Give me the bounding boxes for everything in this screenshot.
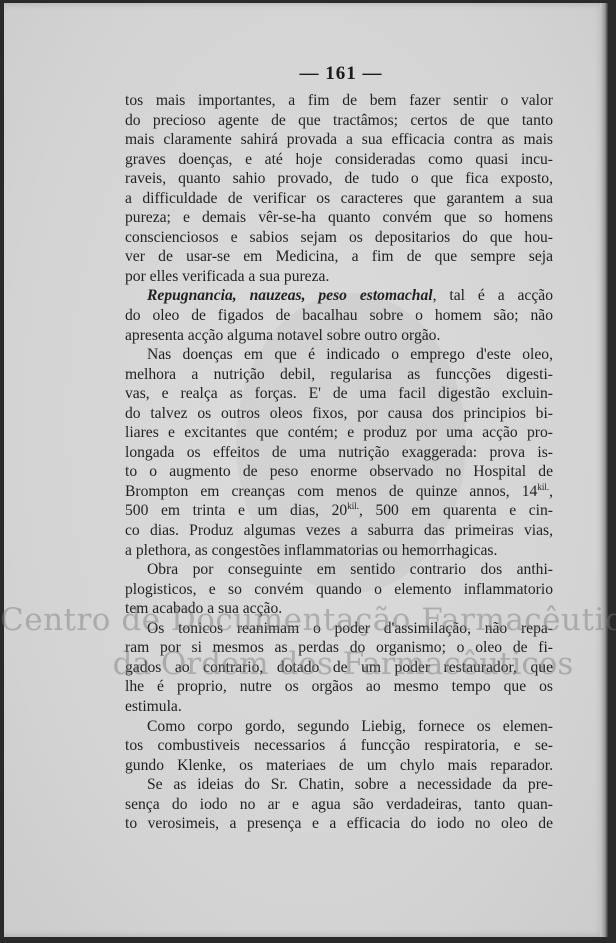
text-line: vas, e realça as forças. E' de uma facil… [125,384,553,404]
text-line: melhora a nutrição debil, regularisa as … [125,365,553,385]
paragraph-obra: Obra por conseguinte em sentido contrari… [125,560,553,580]
paragraph-como-corpo: Como corpo gordo, segundo Liebig, fornec… [125,717,553,737]
page-number: — 161 — [4,63,608,85]
text-line: to o augmento de peso enorme observado n… [125,462,553,482]
text-line: co dias. Produz algumas vezes a saburra … [125,521,553,541]
text-line: ram por si mesmos as perdas do organismo… [125,638,553,658]
text-line: tos combustiveis necessarios á funcção r… [125,736,553,756]
text-line: estimula. [125,697,553,717]
text-line: conscienciosos e sabios sejam os deposit… [125,228,553,248]
text-line: gados ao contrario, dotado de um poder r… [125,658,553,678]
text-line: 500 em trinta e um dias, 20kil., 500 em … [125,501,553,521]
text-line: graves doenças, e até hoje consideradas … [125,150,553,170]
italic-heading: Repugnancia, nauzeas, peso estomachal [147,287,433,304]
text-line: pureza; e demais vêr-se-ha quanto convém… [125,208,553,228]
text-line: apresenta acção alguma notavel sobre out… [125,326,553,346]
page-spine-shadow [600,3,608,937]
text-run: , 500 em quarenta e cin- [359,502,553,519]
text-run: , [549,483,553,500]
paragraph-se-as-ideias: Se as ideias do Sr. Chatin, sobre a nece… [125,775,553,795]
text-line: gundo Klenke, os materiaes de um chylo m… [125,756,553,776]
text-run: Brompton em creanças com menos de quinze… [125,483,537,500]
text-run: , tal é a acção [433,287,553,304]
text-line: lhe é proprio, nutre os orgãos ao mesmo … [125,677,553,697]
text-line: por elles verificada a sua pureza. [125,267,553,287]
paragraph-repugnancia: Repugnancia, nauzeas, peso estomachal, t… [125,286,553,306]
text-line: mais claramente sahirá provada a sua eff… [125,130,553,150]
text-line: a difficuldade de verificar os caractere… [125,189,553,209]
text-line: do precioso agente de que tractâmos; cer… [125,111,553,131]
text-line: to verosimeis, a presença e a efficacia … [125,814,553,834]
text-line: tem acabado a sua acção. [125,599,553,619]
text-line: raveis, quanto sahio provado, de tudo o … [125,169,553,189]
superscript-unit: kil. [537,482,549,492]
text-line: liares e excitantes que contém; e produz… [125,423,553,443]
text-run: 500 em trinta e um dias, 20 [125,502,347,519]
text-line: do talvez os outros oleos fixos, por cau… [125,404,553,424]
text-line: ver de usar-se em Medicina, a fim de que… [125,247,553,267]
text-line: do oleo de figados de bacalhau sobre o h… [125,306,553,326]
body-text: tos mais importantes, a fim de bem fazer… [125,91,553,834]
superscript-unit: kil. [347,501,359,511]
text-line: longada os effeitos de uma nutrição exag… [125,443,553,463]
text-line: tos mais importantes, a fim de bem fazer… [125,91,553,111]
text-line: sença do iodo no ar e agua são verdadeir… [125,795,553,815]
scanned-page: — 161 — tos mais importantes, a fim de b… [4,3,608,937]
paragraph-nas-doencas: Nas doenças em que é indicado o emprego … [125,345,553,365]
text-line: plogisticos, e so convém quando o elemen… [125,580,553,600]
paragraph-os-tonicos: Os tonicos reanimam o poder d'assimilaçã… [125,619,553,639]
text-line: a plethora, as congestões inflammatorias… [125,541,553,561]
text-line: Brompton em creanças com menos de quinze… [125,482,553,502]
